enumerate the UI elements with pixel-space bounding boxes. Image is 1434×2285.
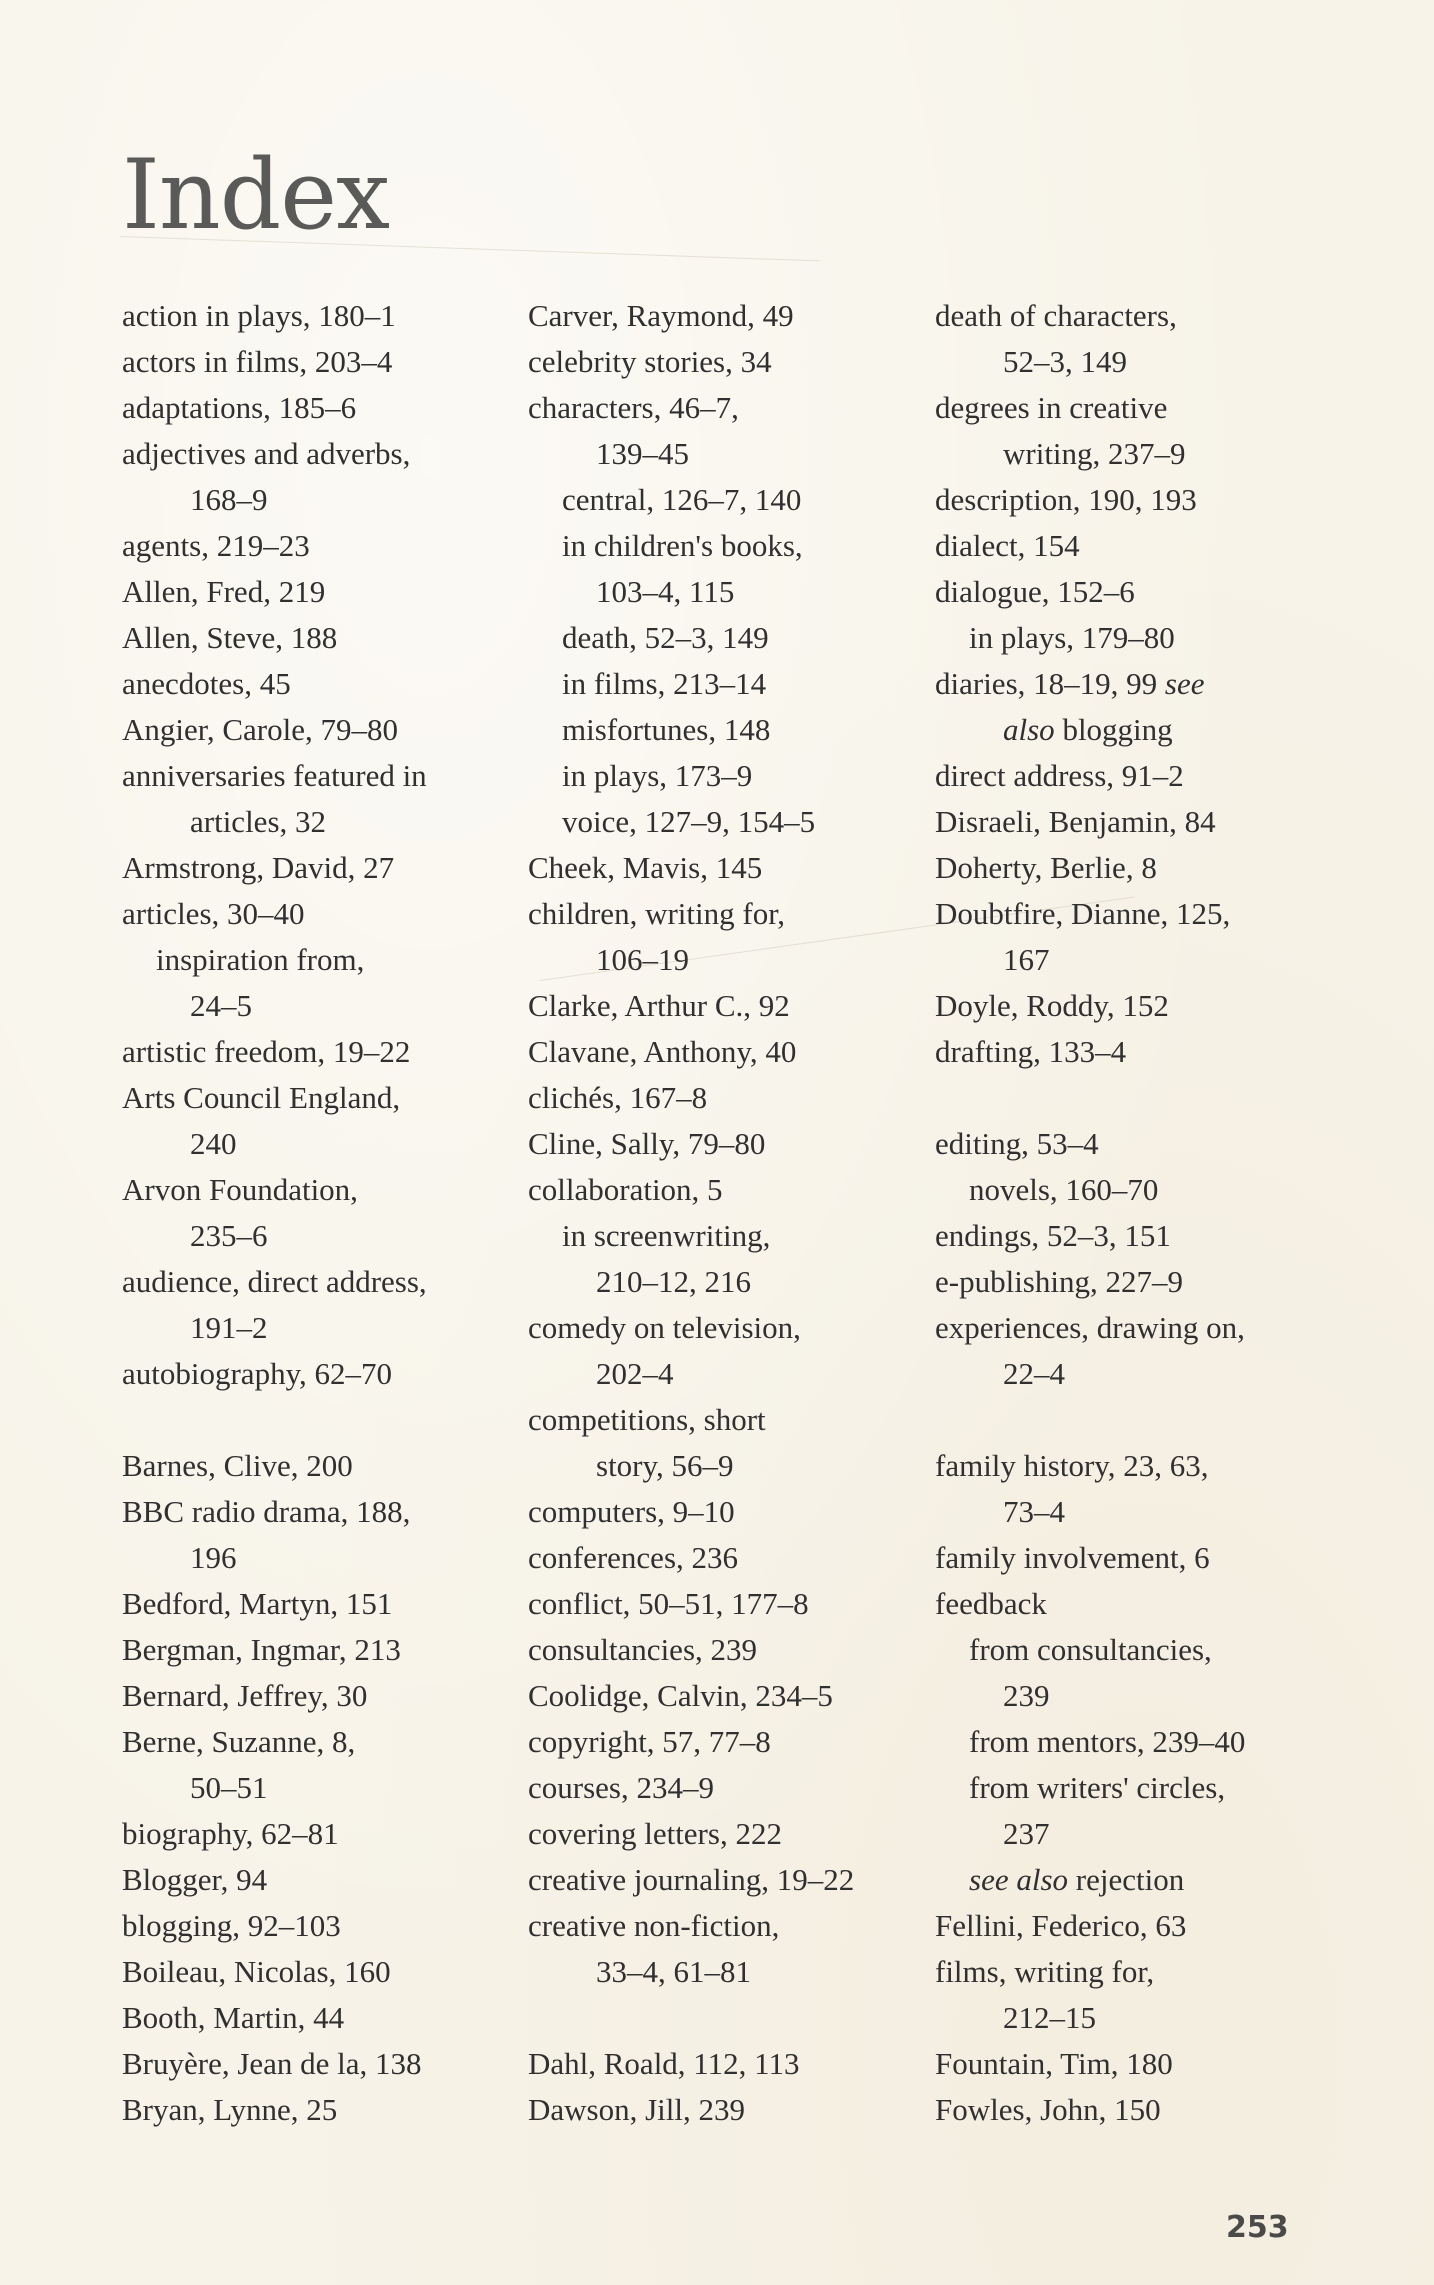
index-entry: copyright, 57, 77–8 [528,1719,928,1765]
entry-text: death of characters, [935,298,1177,333]
letter-group-gap [528,1995,928,2041]
entry-text: 106–19 [596,942,689,977]
index-entry: Barnes, Clive, 200 [122,1443,522,1489]
index-entry: actors in films, 203–4 [122,339,522,385]
index-entry: Angier, Carole, 79–80 [122,707,522,753]
entry-text: dialogue, 152–6 [935,574,1135,609]
entry-text: death, 52–3, 149 [562,620,769,655]
entry-text: films, writing for, [935,1954,1154,1989]
index-entry: Disraeli, Benjamin, 84 [935,799,1335,845]
index-entry: Blogger, 94 [122,1857,522,1903]
index-entry: experiences, drawing on, [935,1305,1335,1351]
entry-text: action in plays, 180–1 [122,298,396,333]
index-entry: adaptations, 185–6 [122,385,522,431]
entry-text: 196 [190,1540,237,1575]
index-entry: family history, 23, 63, [935,1443,1335,1489]
entry-text: rejection [1068,1862,1184,1897]
entry-text: Cheek, Mavis, 145 [528,850,762,885]
index-entry: Allen, Fred, 219 [122,569,522,615]
cross-reference-label: see also [969,1862,1068,1897]
entry-text: central, 126–7, 140 [562,482,801,517]
index-entry: e-publishing, 227–9 [935,1259,1335,1305]
entry-text: voice, 127–9, 154–5 [562,804,815,839]
index-entry: Carver, Raymond, 49 [528,293,928,339]
entry-text: creative journaling, 19–22 [528,1862,854,1897]
index-subentry: inspiration from, [122,937,522,983]
index-entry: Dahl, Roald, 112, 113 [528,2041,928,2087]
index-entry-continuation: 210–12, 216 [528,1259,928,1305]
index-entry: courses, 234–9 [528,1765,928,1811]
entry-text: biography, 62–81 [122,1816,339,1851]
index-entry: death of characters, [935,293,1335,339]
entry-text: 24–5 [190,988,252,1023]
index-entry: Bergman, Ingmar, 213 [122,1627,522,1673]
page-title: Index [122,140,389,250]
index-entry: comedy on television, [528,1305,928,1351]
index-entry-continuation: also blogging [935,707,1335,753]
index-subentry: from consultancies, [935,1627,1335,1673]
index-entry: Arts Council England, [122,1075,522,1121]
entry-text: Bryan, Lynne, 25 [122,2092,337,2127]
index-entry: Bruyère, Jean de la, 138 [122,2041,522,2087]
entry-text: Armstrong, David, 27 [122,850,394,885]
entry-text: Doherty, Berlie, 8 [935,850,1157,885]
entry-text: 103–4, 115 [596,574,734,609]
index-entry: Fountain, Tim, 180 [935,2041,1335,2087]
entry-text: actors in films, 203–4 [122,344,392,379]
index-subentry: novels, 160–70 [935,1167,1335,1213]
entry-text: Fellini, Federico, 63 [935,1908,1186,1943]
index-entry: consultancies, 239 [528,1627,928,1673]
entry-text: clichés, 167–8 [528,1080,707,1115]
entry-text: collaboration, 5 [528,1172,723,1207]
entry-text: experiences, drawing on, [935,1310,1245,1345]
index-entry: Allen, Steve, 188 [122,615,522,661]
index-entry: articles, 30–40 [122,891,522,937]
entry-text: from consultancies, [969,1632,1212,1667]
entry-text: Clarke, Arthur C., 92 [528,988,790,1023]
index-entry: creative journaling, 19–22 [528,1857,928,1903]
index-entry: blogging, 92–103 [122,1903,522,1949]
entry-text: drafting, 133–4 [935,1034,1126,1069]
entry-text: copyright, 57, 77–8 [528,1724,771,1759]
entry-text: 240 [190,1126,237,1161]
index-entry-continuation: 239 [935,1673,1335,1719]
entry-text: Berne, Suzanne, 8, [122,1724,355,1759]
entry-text: 202–4 [596,1356,674,1391]
index-entry: Arvon Foundation, [122,1167,522,1213]
entry-text: degrees in creative [935,390,1167,425]
index-entry: biography, 62–81 [122,1811,522,1857]
index-entry: Doyle, Roddy, 152 [935,983,1335,1029]
entry-text: Coolidge, Calvin, 234–5 [528,1678,833,1713]
index-entry: Bedford, Martyn, 151 [122,1581,522,1627]
index-subentry: see also rejection [935,1857,1335,1903]
index-entry: artistic freedom, 19–22 [122,1029,522,1075]
entry-text: from mentors, 239–40 [969,1724,1245,1759]
index-entry: anniversaries featured in [122,753,522,799]
entry-text: Angier, Carole, 79–80 [122,712,398,747]
entry-text: Booth, Martin, 44 [122,2000,344,2035]
index-subentry: from mentors, 239–40 [935,1719,1335,1765]
entry-text: Clavane, Anthony, 40 [528,1034,796,1069]
index-entry-continuation: 202–4 [528,1351,928,1397]
index-entry: Berne, Suzanne, 8, [122,1719,522,1765]
index-entry: adjectives and adverbs, [122,431,522,477]
entry-text: in plays, 179–80 [969,620,1175,655]
index-entry: competitions, short [528,1397,928,1443]
index-entry: Clavane, Anthony, 40 [528,1029,928,1075]
index-column-3: death of characters,52–3, 149degrees in … [935,293,1335,2133]
entry-text: blogging, 92–103 [122,1908,341,1943]
letter-group-gap [122,1397,522,1443]
entry-text: 191–2 [190,1310,268,1345]
entry-text: editing, 53–4 [935,1126,1099,1161]
entry-text: misfortunes, 148 [562,712,770,747]
index-entry-continuation: 235–6 [122,1213,522,1259]
entry-text: Disraeli, Benjamin, 84 [935,804,1216,839]
entry-text: in children's books, [562,528,803,563]
entry-text: 50–51 [190,1770,268,1805]
index-entry: anecdotes, 45 [122,661,522,707]
entry-text: endings, 52–3, 151 [935,1218,1171,1253]
entry-text: novels, 160–70 [969,1172,1158,1207]
index-entry-continuation: 52–3, 149 [935,339,1335,385]
index-entry: clichés, 167–8 [528,1075,928,1121]
index-subentry: in plays, 173–9 [528,753,928,799]
entry-text: 167 [1003,942,1050,977]
entry-text: Cline, Sally, 79–80 [528,1126,765,1161]
index-entry: audience, direct address, [122,1259,522,1305]
index-entry-continuation: 191–2 [122,1305,522,1351]
entry-text: Bruyère, Jean de la, 138 [122,2046,422,2081]
entry-text: in films, 213–14 [562,666,766,701]
entry-text: Allen, Steve, 188 [122,620,337,655]
entry-text: Allen, Fred, 219 [122,574,325,609]
index-column-1: action in plays, 180–1actors in films, 2… [122,293,522,2133]
index-entry: action in plays, 180–1 [122,293,522,339]
index-entry-continuation: 33–4, 61–81 [528,1949,928,1995]
index-entry-continuation: 73–4 [935,1489,1335,1535]
index-entry: conferences, 236 [528,1535,928,1581]
entry-text: comedy on television, [528,1310,801,1345]
entry-text: diaries, 18–19, 99 [935,666,1165,701]
cross-reference-label: also [1003,712,1055,747]
entry-text: computers, 9–10 [528,1494,735,1529]
index-entry: characters, 46–7, [528,385,928,431]
index-entry: Dawson, Jill, 239 [528,2087,928,2133]
letter-group-gap [935,1075,1335,1121]
entry-text: anniversaries featured in [122,758,427,793]
index-subentry: central, 126–7, 140 [528,477,928,523]
index-entry-continuation: 168–9 [122,477,522,523]
index-entry: Bryan, Lynne, 25 [122,2087,522,2133]
index-entry: creative non-fiction, [528,1903,928,1949]
index-entry: agents, 219–23 [122,523,522,569]
entry-text: articles, 32 [190,804,326,839]
index-entry-continuation: 24–5 [122,983,522,1029]
index-entry-continuation: 103–4, 115 [528,569,928,615]
entry-text: from writers' circles, [969,1770,1225,1805]
index-subentry: voice, 127–9, 154–5 [528,799,928,845]
index-subentry: in screenwriting, [528,1213,928,1259]
index-entry: degrees in creative [935,385,1335,431]
index-entry: Cheek, Mavis, 145 [528,845,928,891]
index-entry-continuation: 237 [935,1811,1335,1857]
entry-text: feedback [935,1586,1047,1621]
entry-text: in screenwriting, [562,1218,770,1253]
book-page: Index action in plays, 180–1actors in fi… [0,0,1434,2285]
entry-text: dialect, 154 [935,528,1080,563]
cross-reference-label: see [1165,666,1205,701]
entry-text: covering letters, 222 [528,1816,782,1851]
entry-text: 235–6 [190,1218,268,1253]
index-entry: drafting, 133–4 [935,1029,1335,1075]
index-entry: Doubtfire, Dianne, 125, [935,891,1335,937]
entry-text: in plays, 173–9 [562,758,752,793]
entry-text: 239 [1003,1678,1050,1713]
entry-text: inspiration from, [156,942,364,977]
index-entry: dialogue, 152–6 [935,569,1335,615]
index-subentry: in children's books, [528,523,928,569]
entry-text: Bergman, Ingmar, 213 [122,1632,401,1667]
entry-text: artistic freedom, 19–22 [122,1034,410,1069]
entry-text: creative non-fiction, [528,1908,779,1943]
entry-text: 33–4, 61–81 [596,1954,751,1989]
index-entry: Booth, Martin, 44 [122,1995,522,2041]
entry-text: anecdotes, 45 [122,666,291,701]
index-entry-continuation: 167 [935,937,1335,983]
entry-text: consultancies, 239 [528,1632,757,1667]
index-entry-continuation: 212–15 [935,1995,1335,2041]
entry-text: celebrity stories, 34 [528,344,772,379]
page-number: 253 [1226,2210,1289,2245]
entry-text: Doubtfire, Dianne, 125, [935,896,1230,931]
entry-text: agents, 219–23 [122,528,310,563]
entry-text: Bernard, Jeffrey, 30 [122,1678,367,1713]
index-entry: diaries, 18–19, 99 see [935,661,1335,707]
index-entry: Clarke, Arthur C., 92 [528,983,928,1029]
entry-text: family involvement, 6 [935,1540,1210,1575]
entry-text: direct address, 91–2 [935,758,1184,793]
entry-text: Dahl, Roald, 112, 113 [528,2046,800,2081]
index-entry: Coolidge, Calvin, 234–5 [528,1673,928,1719]
index-entry: dialect, 154 [935,523,1335,569]
entry-text: children, writing for, [528,896,785,931]
index-entry-continuation: writing, 237–9 [935,431,1335,477]
entry-text: conferences, 236 [528,1540,738,1575]
entry-text: 139–45 [596,436,689,471]
entry-text: 168–9 [190,482,268,517]
index-entry-continuation: 50–51 [122,1765,522,1811]
entry-text: 212–15 [1003,2000,1096,2035]
entry-text: competitions, short [528,1402,766,1437]
entry-text: writing, 237–9 [1003,436,1186,471]
entry-text: Bedford, Martyn, 151 [122,1586,392,1621]
index-entry: computers, 9–10 [528,1489,928,1535]
entry-text: BBC radio drama, 188, [122,1494,410,1529]
index-entry: autobiography, 62–70 [122,1351,522,1397]
index-entry: conflict, 50–51, 177–8 [528,1581,928,1627]
index-entry-continuation: 106–19 [528,937,928,983]
index-column-2: Carver, Raymond, 49celebrity stories, 34… [528,293,928,2133]
index-entry: Bernard, Jeffrey, 30 [122,1673,522,1719]
index-entry: family involvement, 6 [935,1535,1335,1581]
entry-text: Fountain, Tim, 180 [935,2046,1173,2081]
entry-text: autobiography, 62–70 [122,1356,392,1391]
entry-text: Doyle, Roddy, 152 [935,988,1169,1023]
entry-text: Boileau, Nicolas, 160 [122,1954,391,1989]
entry-text: characters, 46–7, [528,390,739,425]
index-entry: Fowles, John, 150 [935,2087,1335,2133]
index-subentry: death, 52–3, 149 [528,615,928,661]
entry-text: 52–3, 149 [1003,344,1127,379]
index-subentry: from writers' circles, [935,1765,1335,1811]
index-entry: Boileau, Nicolas, 160 [122,1949,522,1995]
index-entry-continuation: story, 56–9 [528,1443,928,1489]
entry-text: description, 190, 193 [935,482,1197,517]
index-entry: Cline, Sally, 79–80 [528,1121,928,1167]
entry-text: Barnes, Clive, 200 [122,1448,353,1483]
index-entry: children, writing for, [528,891,928,937]
entry-text: Arts Council England, [122,1080,400,1115]
entry-text: blogging [1055,712,1173,747]
entry-text: 73–4 [1003,1494,1065,1529]
index-entry: covering letters, 222 [528,1811,928,1857]
index-entry-continuation: 139–45 [528,431,928,477]
index-subentry: in films, 213–14 [528,661,928,707]
index-entry: collaboration, 5 [528,1167,928,1213]
entry-text: courses, 234–9 [528,1770,714,1805]
entry-text: Dawson, Jill, 239 [528,2092,745,2127]
entry-text: 210–12, 216 [596,1264,751,1299]
entry-text: conflict, 50–51, 177–8 [528,1586,809,1621]
entry-text: Carver, Raymond, 49 [528,298,794,333]
index-entry: films, writing for, [935,1949,1335,1995]
index-entry-continuation: 240 [122,1121,522,1167]
entry-text: articles, 30–40 [122,896,305,931]
index-entry: description, 190, 193 [935,477,1335,523]
index-entry-continuation: 22–4 [935,1351,1335,1397]
entry-text: audience, direct address, [122,1264,427,1299]
index-entry: editing, 53–4 [935,1121,1335,1167]
index-entry-continuation: articles, 32 [122,799,522,845]
entry-text: e-publishing, 227–9 [935,1264,1183,1299]
entry-text: Fowles, John, 150 [935,2092,1161,2127]
entry-text: 237 [1003,1816,1050,1851]
index-entry: BBC radio drama, 188, [122,1489,522,1535]
entry-text: adjectives and adverbs, [122,436,410,471]
entry-text: adaptations, 185–6 [122,390,356,425]
index-entry: feedback [935,1581,1335,1627]
entry-text: 22–4 [1003,1356,1065,1391]
entry-text: Arvon Foundation, [122,1172,358,1207]
entry-text: family history, 23, 63, [935,1448,1209,1483]
index-entry: endings, 52–3, 151 [935,1213,1335,1259]
index-subentry: misfortunes, 148 [528,707,928,753]
entry-text: story, 56–9 [596,1448,734,1483]
entry-text: Blogger, 94 [122,1862,267,1897]
index-entry: celebrity stories, 34 [528,339,928,385]
index-subentry: in plays, 179–80 [935,615,1335,661]
letter-group-gap [935,1397,1335,1443]
index-entry: Armstrong, David, 27 [122,845,522,891]
index-entry: direct address, 91–2 [935,753,1335,799]
index-entry: Fellini, Federico, 63 [935,1903,1335,1949]
index-entry: Doherty, Berlie, 8 [935,845,1335,891]
index-entry-continuation: 196 [122,1535,522,1581]
